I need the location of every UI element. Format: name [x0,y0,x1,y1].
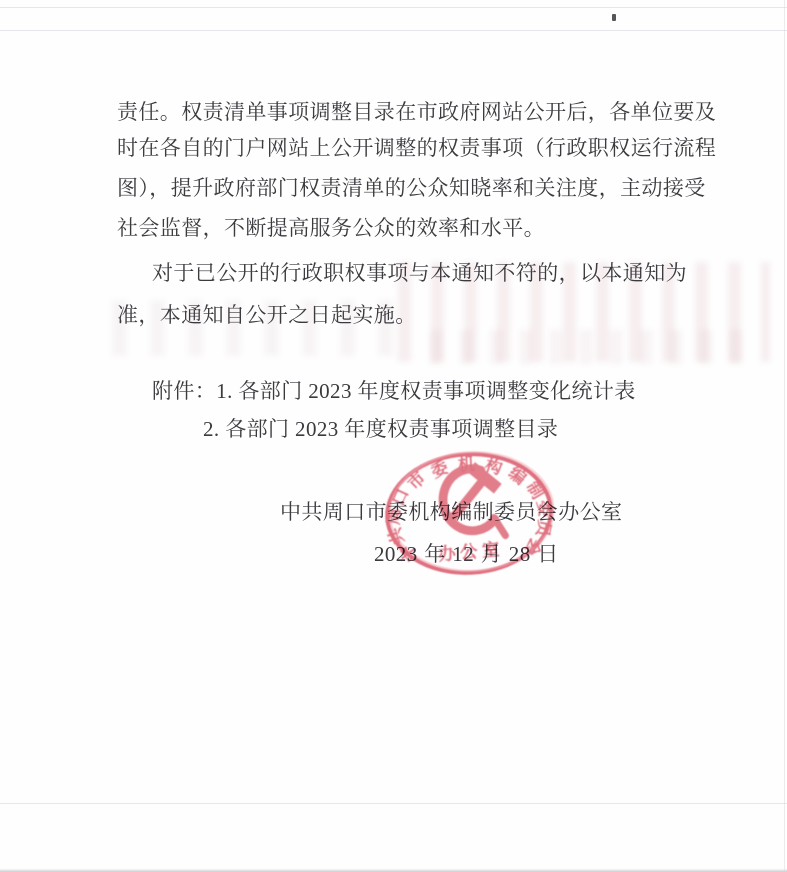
attachment-line: 附件：1. 各部门 2023 年度权责事项调整变化统计表 [152,380,636,403]
scan-streak [0,30,787,31]
seal-ring-char: 周 [384,507,404,525]
scanned-document-page: 责任。权责清单事项调整目录在市政府网站公开后，各单位要及 时在各自的门户网站上公… [0,0,787,872]
body-line: 责任。权责清单事项调整目录在市政府网站公开后，各单位要及 [117,101,716,124]
scan-edge-line [784,0,785,872]
seal-ring-char: 机 [458,455,476,475]
scan-streak [0,803,787,804]
seal-ring-char: 委 [533,499,556,519]
seal-bottom-text: 办公室 [437,538,505,565]
seal-ring-char: 市 [403,467,429,493]
body-line: 社会监督，不断提高服务公众的效率和水平。 [117,217,545,240]
body-line: 时在各自的门户网站上公开调整的权责事项（行政职权运行流程 [117,137,716,160]
ink-bleed-smudge [430,330,760,364]
scan-streak [0,7,787,8]
seal-ring-char: 口 [389,486,413,509]
attachment-line: 2. 各部门 2023 年度权责事项调整目录 [203,418,558,441]
seal-ring-char: 员 [532,518,554,539]
body-line: 准，本通知自公开之日起实施。 [117,304,417,327]
body-line: 对于已公开的行政职权事项与本通知不符的，以本通知为 [152,262,687,285]
official-seal: 中共周口市委机构编制委员会 办公室 [378,443,561,583]
body-line: 图），提升政府部门权责清单的公众知晓率和关注度，主动接受 [117,177,706,200]
scan-speck [612,14,616,21]
